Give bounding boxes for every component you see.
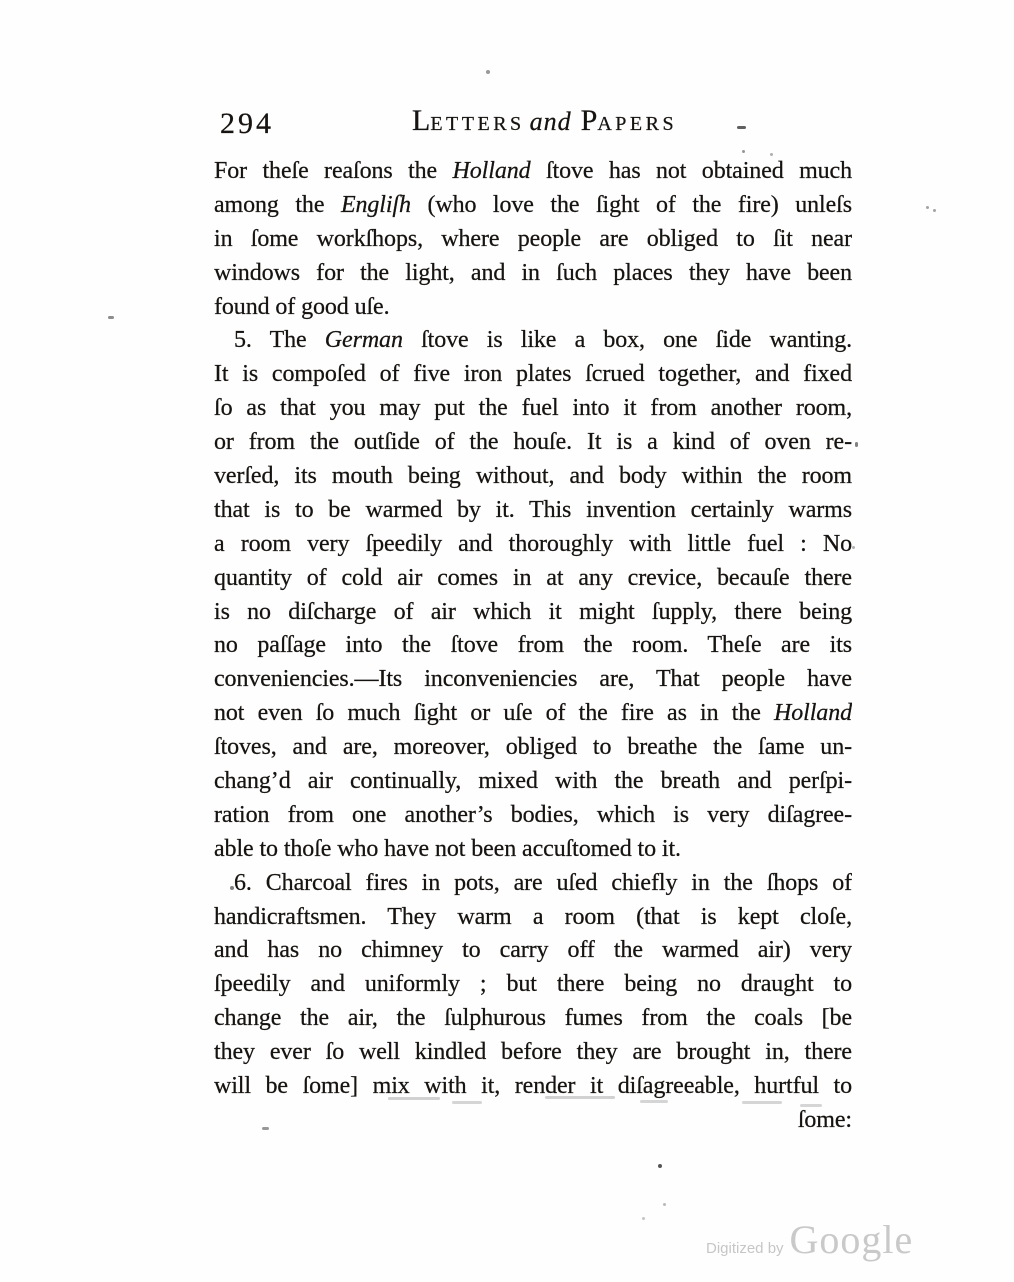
- running-title: L ETTERS and P APERS: [412, 104, 677, 138]
- text-run: and has no chimney to carry off the warm…: [214, 937, 852, 963]
- text-line: not even ſo much ſight or uſe of the fir…: [214, 697, 852, 731]
- text-line: ration from one another’s bodies, which …: [214, 799, 852, 833]
- scan-speck: [770, 153, 773, 156]
- scan-speck: [742, 150, 745, 153]
- text-run: ſtove has not obtained much: [531, 158, 852, 184]
- text-run: handicraftsmen. They warm a room (that i…: [214, 904, 852, 930]
- catchword: ſome:: [214, 1104, 852, 1138]
- text-run: ſpeedily and uniformly ; but there being…: [214, 971, 852, 997]
- text-run: a room very ſpeedily and thoroughly with…: [214, 531, 852, 557]
- scan-speck: [737, 126, 746, 129]
- scan-speck: [742, 1101, 782, 1104]
- italic-text-run: Holland: [774, 700, 852, 726]
- text-run: able to thoſe who have not been accuſtom…: [214, 836, 681, 862]
- scan-speck: [388, 1097, 440, 1100]
- text-run: For theſe reaſons the: [214, 158, 453, 184]
- italic-text-run: Engliſh: [341, 192, 411, 218]
- text-line: verſed, its mouth being without, and bod…: [214, 460, 852, 494]
- scan-speck: [658, 1164, 662, 1168]
- scan-speck: [452, 1101, 482, 1104]
- text-run: ſome:: [798, 1107, 852, 1133]
- running-title-papers-cap: P: [581, 104, 598, 138]
- text-line: ſtoves, and are, moreover, obliged to br…: [214, 731, 852, 765]
- text-block: For theſe reaſons the Holland ſtove has …: [214, 155, 852, 1138]
- scan-speck: [663, 1203, 666, 1206]
- text-run: no paſſage into the ſtove from the room.…: [214, 632, 852, 658]
- text-line: ſpeedily and uniformly ; but there being…: [214, 968, 852, 1002]
- text-run: ſo as that you may put the fuel into it …: [214, 395, 852, 421]
- text-line: in ſome workſhops, where people are obli…: [214, 223, 852, 257]
- scan-speck: [108, 316, 114, 319]
- text-run: chang’d air continually, mixed with the …: [214, 768, 852, 794]
- text-run: ſtoves, and are, moreover, obliged to br…: [214, 734, 852, 760]
- scan-speck: [933, 209, 936, 212]
- google-watermark: Digitized by Google: [706, 1220, 913, 1260]
- text-line: is no diſcharge of air which it might ſu…: [214, 596, 852, 630]
- text-run: that is to be warmed by it. This inventi…: [214, 497, 852, 523]
- running-title-letters-cap: L: [412, 104, 430, 138]
- text-line: For theſe reaſons the Holland ſtove has …: [214, 155, 852, 189]
- text-run: change the air, the ſulphurous fumes fro…: [214, 1005, 852, 1031]
- text-run: will be ſome] mix with it, render it diſ…: [214, 1073, 852, 1099]
- scan-speck: [486, 70, 490, 74]
- running-title-letters-rest: ETTERS: [430, 113, 524, 136]
- text-line: found of good uſe.: [214, 291, 852, 325]
- text-run: ration from one another’s bodies, which …: [214, 802, 852, 828]
- text-run: 6. Charcoal fires in pots, are uſed chie…: [234, 870, 852, 896]
- scan-speck: [855, 442, 858, 447]
- scan-speck: [230, 886, 234, 890]
- text-run: 5. The: [234, 327, 325, 353]
- digitized-by-label: Digitized by: [706, 1240, 784, 1257]
- text-line: no paſſage into the ſtove from the room.…: [214, 629, 852, 663]
- scan-speck: [642, 1217, 645, 1220]
- scan-speck: [926, 206, 929, 209]
- text-line: quantity of cold air comes in at any cre…: [214, 562, 852, 596]
- text-line: they ever ſo well kindled before they ar…: [214, 1036, 852, 1070]
- text-run: found of good uſe.: [214, 294, 390, 320]
- text-line: It is compoſed of five iron plates ſcrue…: [214, 358, 852, 392]
- text-line: that is to be warmed by it. This inventi…: [214, 494, 852, 528]
- text-line: change the air, the ſulphurous fumes fro…: [214, 1002, 852, 1036]
- text-run: conveniencies.—Its inconveniencies are, …: [214, 666, 852, 692]
- text-line: 5. The German ſtove is like a box, one ſ…: [214, 324, 852, 358]
- text-line: a room very ſpeedily and thoroughly with…: [214, 528, 852, 562]
- text-run: windows for the light, and in ſuch place…: [214, 260, 852, 286]
- book-page-scan: 294 L ETTERS and P APERS For theſe reaſo…: [0, 0, 1014, 1282]
- text-line: handicraftsmen. They warm a room (that i…: [214, 901, 852, 935]
- text-line: conveniencies.—Its inconveniencies are, …: [214, 663, 852, 697]
- text-line: and has no chimney to carry off the warm…: [214, 934, 852, 968]
- text-run: is no diſcharge of air which it might ſu…: [214, 599, 852, 625]
- text-line: or from the outſide of the houſe. It is …: [214, 426, 852, 460]
- page-number: 294: [220, 107, 274, 141]
- google-logo: Google: [790, 1220, 914, 1260]
- text-run: in ſome workſhops, where people are obli…: [214, 226, 852, 252]
- italic-text-run: German: [325, 327, 403, 353]
- text-run: (who love the ſight of the fire) unleſs: [411, 192, 852, 218]
- text-run: It is compoſed of five iron plates ſcrue…: [214, 361, 852, 387]
- text-run: they ever ſo well kindled before they ar…: [214, 1039, 852, 1065]
- text-run: among the: [214, 192, 341, 218]
- text-line: will be ſome] mix with it, render it diſ…: [214, 1070, 852, 1104]
- text-run: quantity of cold air comes in at any cre…: [214, 565, 852, 591]
- text-run: or from the outſide of the houſe. It is …: [214, 429, 852, 455]
- text-line: able to thoſe who have not been accuſtom…: [214, 833, 852, 867]
- scan-speck: [640, 1100, 668, 1103]
- text-run: verſed, its mouth being without, and bod…: [214, 463, 852, 489]
- italic-text-run: Holland: [453, 158, 531, 184]
- scan-speck: [262, 1127, 269, 1130]
- scan-speck: [800, 1104, 822, 1107]
- running-title-and: and: [530, 107, 572, 137]
- scan-speck: [852, 546, 855, 549]
- running-title-papers-rest: APERS: [597, 113, 677, 136]
- text-line: ſo as that you may put the fuel into it …: [214, 392, 852, 426]
- scan-speck: [545, 1096, 615, 1099]
- text-run: ſtove is like a box, one ſide wanting.: [403, 327, 852, 353]
- text-line: chang’d air continually, mixed with the …: [214, 765, 852, 799]
- text-line: windows for the light, and in ſuch place…: [214, 257, 852, 291]
- text-run: not even ſo much ſight or uſe of the fir…: [214, 700, 774, 726]
- text-line: 6. Charcoal fires in pots, are uſed chie…: [214, 867, 852, 901]
- text-line: among the Engliſh (who love the ſight of…: [214, 189, 852, 223]
